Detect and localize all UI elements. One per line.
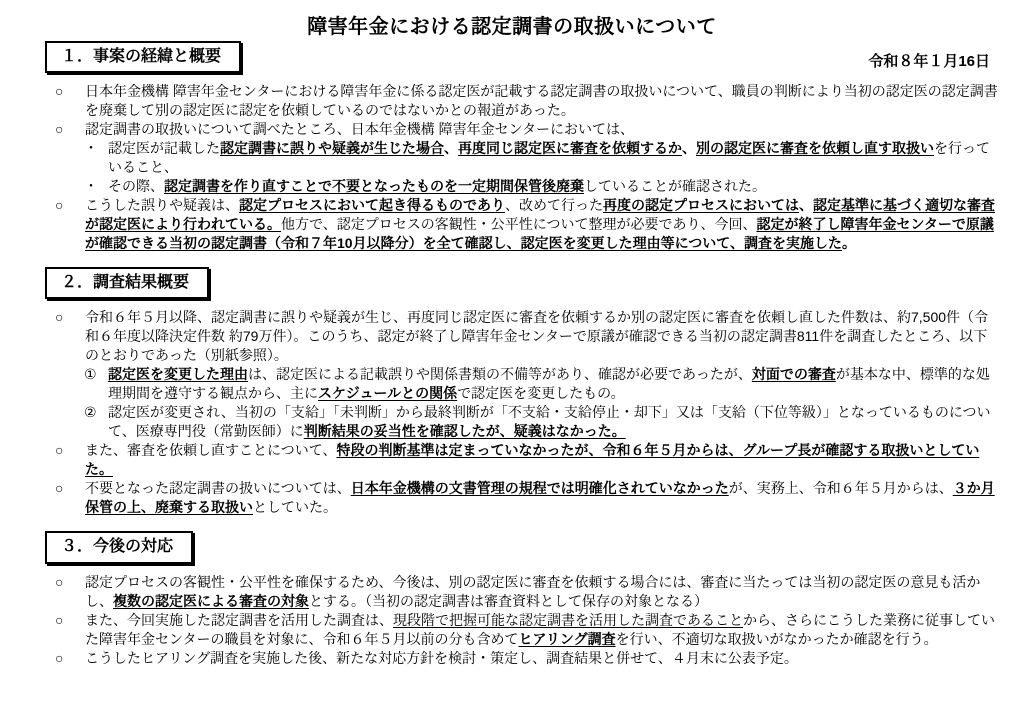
bullet-text: その際、認定調書を作り直すことで不要となったものを一定期間保管後廃棄していること…: [108, 177, 998, 196]
bullet-marker: ・: [84, 177, 108, 196]
bullet-item: ○また、審査を依頼し直すことについて、特段の判断基準は定まっていなかったが、令和…: [55, 441, 998, 479]
bullet-item: ○認定調書の取扱いについて調べたところ、日本年金機構 障害年金センターにおいては…: [55, 120, 998, 139]
text-run: 再度同じ認定医に審査を依頼するか: [458, 140, 682, 156]
text-run: していることが確認された。: [584, 178, 766, 194]
text-run: 再度の認定プロセスにおいては: [603, 197, 799, 213]
bullet-item: ○認定プロセスの客観性・公平性を確保するため、今後は、別の認定医に審査を依頼する…: [55, 573, 998, 611]
bullet-marker: ○: [55, 308, 85, 365]
text-run: 、: [682, 140, 696, 156]
bullet-marker: ○: [55, 120, 85, 139]
text-run: 現段階で把握可能な認定調書を活用した調査であること: [393, 612, 743, 628]
text-run: スケジュールとの関係: [318, 385, 457, 401]
bullet-marker: ○: [55, 649, 85, 668]
section-2-heading: ２．調査結果概要: [45, 267, 209, 299]
bullet-text: 認定医が変更され、当初の「支給」「未判断」から最終判断が「不支給・支給停止・却下…: [108, 403, 998, 441]
text-run: 認定医を変更した理由: [108, 366, 248, 382]
text-run: 認定プロセスにおいて起き得るものであり: [239, 197, 505, 213]
bullet-text: 認定医を変更した理由は、認定医による記載誤りや関係書類の不備等があり、確認が必要…: [108, 365, 998, 403]
text-run: また、今回実施した認定調書を活用した調査は、: [85, 612, 393, 628]
text-run: 複数の認定医による審査の対象: [113, 593, 309, 609]
bullet-text: また、審査を依頼し直すことについて、特段の判断基準は定まっていなかったが、令和６…: [85, 441, 998, 479]
text-run: 認定医が記載した: [108, 140, 220, 156]
bullet-marker: ○: [55, 82, 85, 120]
bullet-marker: ②: [84, 403, 108, 441]
text-run: 他方で、認定プロセスの客観性・公平性について整理が必要であり、今回、: [281, 216, 756, 232]
text-run: を行い、不適切な取扱いがなかったか確認を行う。: [616, 631, 938, 647]
bullet-marker: ○: [55, 441, 85, 479]
bullet-item: ○こうした誤りや疑義は、認定プロセスにおいて起き得るものであり、改めて行った再度…: [55, 196, 998, 253]
text-run: は、認定医による記載誤りや関係書類の不備等があり、確認が必要であったが、: [248, 366, 752, 382]
bullet-text: 日本年金機構 障害年金センターにおける障害年金に係る認定医が記載する認定調書の取…: [85, 82, 998, 120]
text-run: ヒアリング調査: [518, 631, 615, 647]
section-1-header-row: １．事案の経緯と概要 令和８年１月16日: [45, 41, 994, 73]
bullet-marker: ①: [84, 365, 108, 403]
bullet-marker: ○: [55, 196, 85, 253]
bullet-item: ○不要となった認定調書の扱いについては、日本年金機構の文書管理の規程では明確化さ…: [55, 479, 998, 517]
text-run: 、: [444, 140, 458, 156]
text-run: 対面での審査: [752, 366, 836, 382]
text-run: こうしたヒアリング調査を実施した後、新たな対応方針を検討・策定し、調査結果と併せ…: [85, 650, 798, 666]
section-3-header-row: ３．今後の対応: [45, 531, 994, 563]
bullet-text: 認定調書の取扱いについて調べたところ、日本年金機構 障害年金センターにおいては、: [85, 120, 998, 139]
text-run: 認定調書に誤りや疑義が生じた場合: [220, 140, 444, 156]
text-run: で認定医を変更したもの。: [457, 385, 624, 401]
bullet-item: ○こうしたヒアリング調査を実施した後、新たな対応方針を検討・策定し、調査結果と併…: [55, 649, 998, 668]
text-run: 、: [799, 197, 813, 213]
text-run: 令和６年５月以降、認定調書に誤りや疑義が生じ、再度同じ認定医に審査を依頼するか別…: [85, 309, 988, 363]
bullet-item: ②認定医が変更され、当初の「支給」「未判断」から最終判断が「不支給・支給停止・却…: [84, 403, 998, 441]
bullet-text: こうした誤りや疑義は、認定プロセスにおいて起き得るものであり、改めて行った再度の…: [85, 196, 998, 253]
text-run: こうした誤りや疑義は、: [85, 197, 239, 213]
text-run: 日本年金機構の文書管理の規程では明確化されていなかった: [351, 480, 729, 496]
text-run: 、改めて行った: [505, 197, 603, 213]
bullet-item: ・その際、認定調書を作り直すことで不要となったものを一定期間保管後廃棄しているこ…: [84, 177, 998, 196]
document-date: 令和８年１月16日: [868, 50, 994, 73]
section-1-heading: １．事案の経緯と概要: [45, 41, 241, 73]
section-3-body: ○認定プロセスの客観性・公平性を確保するため、今後は、別の認定医に審査を依頼する…: [0, 573, 1024, 668]
bullet-marker: ○: [55, 479, 85, 517]
bullet-item: ○令和６年５月以降、認定調書に誤りや疑義が生じ、再度同じ認定医に審査を依頼するか…: [55, 308, 998, 365]
text-run: 。: [842, 235, 856, 251]
page-title: 障害年金における認定調書の取扱いについて: [0, 10, 1024, 39]
bullet-marker: ○: [55, 573, 85, 611]
bullet-item: ・認定医が記載した認定調書に誤りや疑義が生じた場合、再度同じ認定医に審査を依頼す…: [84, 139, 998, 177]
text-run: が、実務上、令和６年５月からは、: [729, 480, 953, 496]
bullet-text: 認定医が記載した認定調書に誤りや疑義が生じた場合、再度同じ認定医に審査を依頼する…: [108, 139, 998, 177]
text-run: としていた。: [253, 499, 337, 515]
bullet-item: ○日本年金機構 障害年金センターにおける障害年金に係る認定医が記載する認定調書の…: [55, 82, 998, 120]
bullet-item: ○また、今回実施した認定調書を活用した調査は、現段階で把握可能な認定調書を活用し…: [55, 611, 998, 649]
bullet-marker: ○: [55, 611, 85, 649]
section-3-heading: ３．今後の対応: [45, 531, 193, 563]
bullet-text: 不要となった認定調書の扱いについては、日本年金機構の文書管理の規程では明確化され…: [85, 479, 998, 517]
text-run: とする。（当初の認定調書は審査資料として保存の対象となる）: [309, 593, 708, 609]
document-page: 障害年金における認定調書の取扱いについて １．事案の経緯と概要 令和８年１月16…: [0, 0, 1024, 724]
bullet-text: また、今回実施した認定調書を活用した調査は、現段階で把握可能な認定調書を活用した…: [85, 611, 998, 649]
section-2-header-row: ２．調査結果概要: [45, 267, 994, 299]
bullet-text: 令和６年５月以降、認定調書に誤りや疑義が生じ、再度同じ認定医に審査を依頼するか別…: [85, 308, 998, 365]
text-run: また、審査を依頼し直すことについて、: [85, 442, 336, 458]
text-run: 認定調書の取扱いについて調べたところ、日本年金機構 障害年金センターにおいては、: [85, 121, 634, 137]
bullet-text: こうしたヒアリング調査を実施した後、新たな対応方針を検討・策定し、調査結果と併せ…: [85, 649, 998, 668]
section-2-body: ○令和６年５月以降、認定調書に誤りや疑義が生じ、再度同じ認定医に審査を依頼するか…: [0, 308, 1024, 517]
bullet-item: ①認定医を変更した理由は、認定医による記載誤りや関係書類の不備等があり、確認が必…: [84, 365, 998, 403]
text-run: 認定調書を作り直すことで不要となったものを一定期間保管後廃棄: [164, 178, 584, 194]
text-run: 判断結果の妥当性を確認したが、疑義はなかった。: [304, 423, 626, 439]
text-run: 別の認定医に審査を依頼し直す取扱い: [696, 140, 934, 156]
section-1-body: ○日本年金機構 障害年金センターにおける障害年金に係る認定医が記載する認定調書の…: [0, 82, 1024, 253]
text-run: その際、: [108, 178, 164, 194]
bullet-marker: ・: [84, 139, 108, 177]
bullet-text: 認定プロセスの客観性・公平性を確保するため、今後は、別の認定医に審査を依頼する場…: [85, 573, 998, 611]
text-run: 日本年金機構 障害年金センターにおける障害年金に係る認定医が記載する認定調書の取…: [85, 83, 998, 118]
text-run: 不要となった認定調書の扱いについては、: [85, 480, 351, 496]
